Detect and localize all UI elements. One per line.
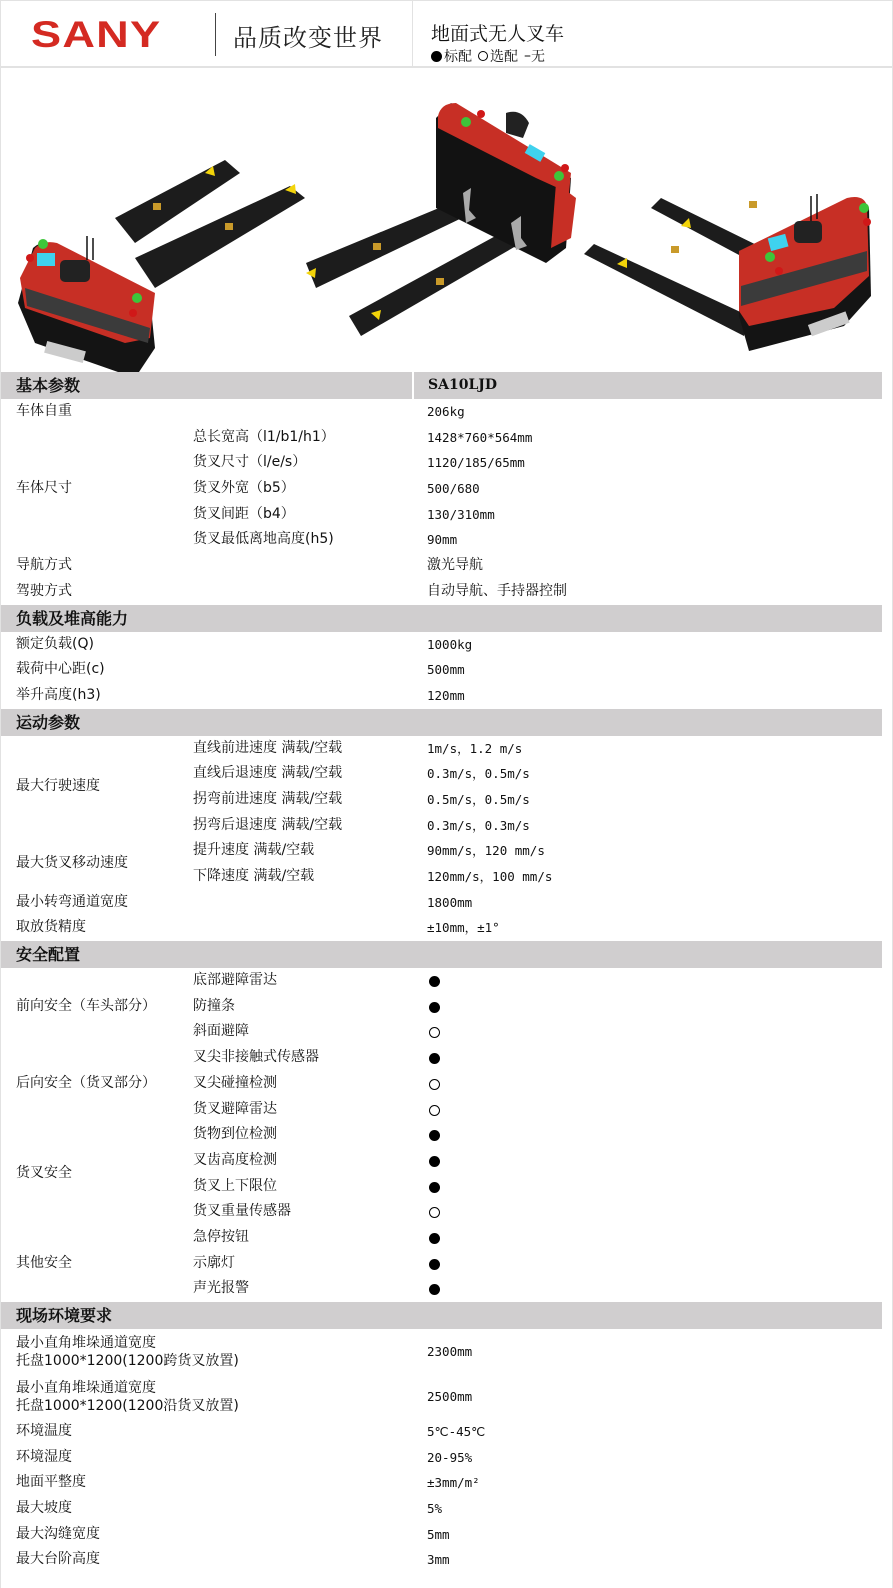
row-label: 举升高度(h3): [16, 683, 101, 709]
table-row: 直线后退速度 满载/空载0.3m/s，0.5m/s: [1, 761, 882, 787]
table-row: 导航方式 激光导航: [1, 553, 882, 579]
legend-standard: 标配: [431, 46, 472, 66]
table-row: 拐弯后退速度 满载/空载0.3m/s，0.3m/s: [1, 813, 882, 839]
row-value: 500/680: [427, 476, 480, 502]
row-value: [427, 1276, 440, 1302]
row-value: 120mm: [427, 683, 465, 709]
row-sublabel: 总长宽高（l1/b1/h1）: [193, 425, 335, 451]
row-value: 2300mm: [427, 1329, 472, 1374]
row-label: 最大坡度: [16, 1496, 72, 1522]
row-value: ±10mm，±1°: [427, 915, 500, 941]
row-value: [427, 968, 440, 994]
row-value: [427, 1019, 440, 1045]
table-row: 最小直角堆垛通道宽度托盘1000*1200(1200沿货叉放置) 2500mm: [1, 1374, 882, 1419]
table-row: 最大坡度5%: [1, 1496, 882, 1522]
table-row: 叉尖非接触式传感器: [1, 1045, 882, 1071]
empty-circle-icon: [429, 1207, 440, 1218]
table-row: 叉齿高度检测: [1, 1148, 882, 1174]
row-sublabel: 底部避障雷达: [193, 968, 277, 994]
table-row: 拐弯前进速度 满载/空载0.5m/s，0.5m/s: [1, 787, 882, 813]
table-row: 货叉重量传感器: [1, 1199, 882, 1225]
row-value: [427, 1199, 440, 1225]
filled-circle-icon: [431, 51, 442, 62]
forklift-rear-view: [301, 98, 581, 338]
row-value: [427, 1251, 440, 1277]
table-row: 货叉尺寸（l/e/s）1120/185/65mm: [1, 450, 882, 476]
row-group-body-dimensions: 车体尺寸 总长宽高（l1/b1/h1）1428*760*564mm 货叉尺寸（l…: [1, 425, 882, 553]
row-label: 最小直角堆垛通道宽度托盘1000*1200(1200沿货叉放置): [16, 1379, 239, 1415]
section-header-motion: 运动参数: [1, 709, 882, 736]
table-row: 货叉外宽（b5）500/680: [1, 476, 882, 502]
row-sublabel: 叉尖非接触式传感器: [193, 1045, 319, 1071]
table-row: 举升高度(h3)120mm: [1, 683, 882, 709]
empty-circle-icon: [429, 1027, 440, 1038]
row-value: 2500mm: [427, 1374, 472, 1419]
row-sublabel: 货叉重量传感器: [193, 1199, 291, 1225]
row-label: 驾驶方式: [16, 579, 72, 605]
table-row: 货物到位检测: [1, 1122, 882, 1148]
row-group-safety: 后向安全（货叉部分）叉尖非接触式传感器叉尖碰撞检测货叉避障雷达: [1, 1045, 882, 1122]
empty-circle-icon: [478, 51, 488, 61]
row-sublabel: 直线前进速度 满载/空载: [193, 736, 342, 762]
row-sublabel: 货叉间距（b4）: [193, 502, 295, 528]
row-value: [427, 1225, 440, 1251]
table-row: 环境温度5℃-45℃: [1, 1419, 882, 1445]
row-value: [427, 1148, 440, 1174]
legend: 标配 选配 –无: [431, 46, 545, 66]
row-value: 5mm: [427, 1522, 450, 1548]
column-divider: [412, 372, 414, 399]
row-value: 1120/185/65mm: [427, 450, 525, 476]
section-title: 现场环境要求: [16, 1306, 112, 1325]
table-row: 取放货精度±10mm，±1°: [1, 915, 882, 941]
section-title: 运动参数: [16, 713, 80, 732]
slogan: 品质改变世界: [233, 18, 383, 53]
filled-circle-icon: [429, 1182, 440, 1193]
model-name: SA10LJD: [428, 372, 497, 399]
row-sublabel: 货叉避障雷达: [193, 1097, 277, 1123]
filled-circle-icon: [429, 1156, 440, 1167]
row-label: 额定负载(Q): [16, 632, 94, 658]
forklift-front-right-view: [579, 136, 879, 356]
row-sublabel: 货物到位检测: [193, 1122, 277, 1148]
legend-standard-label: 标配: [444, 46, 472, 66]
product-title: 地面式无人叉车: [431, 19, 564, 46]
row-value: 1m/s，1.2 m/s: [427, 736, 522, 762]
row-label: 导航方式: [16, 553, 72, 579]
empty-circle-icon: [429, 1105, 440, 1116]
row-label: 最小直角堆垛通道宽度托盘1000*1200(1200跨货叉放置): [16, 1334, 239, 1370]
table-row: 载荷中心距(c)500mm: [1, 657, 882, 683]
legend-optional: 选配: [478, 46, 518, 66]
row-value: 激光导航: [427, 553, 483, 579]
row-label: 车体自重: [16, 399, 72, 425]
header-divider: [412, 1, 413, 67]
row-sublabel: 直线后退速度 满载/空载: [193, 761, 342, 787]
table-row: 货叉间距（b4）130/310mm: [1, 502, 882, 528]
filled-circle-icon: [429, 1053, 440, 1064]
legend-none-label: 无: [531, 46, 545, 66]
row-value: [427, 1045, 440, 1071]
table-row: 急停按钮: [1, 1225, 882, 1251]
table-row: 下降速度 满载/空载120mm/s，100 mm/s: [1, 864, 882, 890]
logo-divider: [215, 13, 216, 56]
table-row: 防撞条: [1, 994, 882, 1020]
table-row: 货叉避障雷达: [1, 1097, 882, 1123]
row-value: 0.5m/s，0.5m/s: [427, 787, 530, 813]
dash-icon: –: [524, 48, 531, 64]
section-header-safety: 安全配置: [1, 941, 882, 968]
row-sublabel: 货叉尺寸（l/e/s）: [193, 450, 306, 476]
legend-optional-label: 选配: [490, 46, 518, 66]
row-value: [427, 994, 440, 1020]
filled-circle-icon: [429, 1130, 440, 1141]
row-label: 地面平整度: [16, 1470, 86, 1496]
section-header-environment: 现场环境要求: [1, 1302, 882, 1329]
row-value: [427, 1071, 440, 1097]
header: SANY 品质改变世界 地面式无人叉车 标配 选配 –无: [1, 0, 893, 68]
filled-circle-icon: [429, 1002, 440, 1013]
row-sublabel: 急停按钮: [193, 1225, 249, 1251]
table-row: 最大台阶高度3mm: [1, 1547, 882, 1573]
row-value: 130/310mm: [427, 502, 495, 528]
row-sublabel: 叉尖碰撞检测: [193, 1071, 277, 1097]
empty-circle-icon: [429, 1079, 440, 1090]
row-group-max-speed: 最大行驶速度 直线前进速度 满载/空载1m/s，1.2 m/s 直线后退速度 满…: [1, 736, 882, 839]
row-sublabel: 提升速度 满载/空载: [193, 838, 314, 864]
row-value: [427, 1097, 440, 1123]
table-row: 车体自重 206kg: [1, 399, 882, 425]
row-value: 120mm/s，100 mm/s: [427, 864, 552, 890]
table-row: 叉尖碰撞检测: [1, 1071, 882, 1097]
table-row: 货叉上下限位: [1, 1174, 882, 1200]
row-sublabel: 货叉最低离地高度(h5): [193, 527, 334, 553]
row-sublabel: 货叉外宽（b5）: [193, 476, 295, 502]
table-row: 提升速度 满载/空载90mm/s，120 mm/s: [1, 838, 882, 864]
filled-circle-icon: [429, 1259, 440, 1270]
section-title: 基本参数: [16, 376, 80, 395]
row-sublabel: 货叉上下限位: [193, 1174, 277, 1200]
table-row: 环境湿度20-95%: [1, 1445, 882, 1471]
row-value: 90mm: [427, 527, 457, 553]
safety-groups: 前向安全（车头部分）底部避障雷达防撞条斜面避障后向安全（货叉部分）叉尖非接触式传…: [1, 968, 882, 1302]
section-title: 负载及堆高能力: [16, 609, 128, 628]
row-value: 0.3m/s，0.3m/s: [427, 813, 530, 839]
table-row: 货叉最低离地高度(h5)90mm: [1, 527, 882, 553]
row-label-line1: 最小直角堆垛通道宽度: [16, 1334, 239, 1352]
row-label-line2: 托盘1000*1200(1200跨货叉放置): [16, 1352, 239, 1370]
filled-circle-icon: [429, 1233, 440, 1244]
row-sublabel: 防撞条: [193, 994, 235, 1020]
table-row: 最小转弯通道宽度1800mm: [1, 890, 882, 916]
row-value: 500mm: [427, 657, 465, 683]
spec-sheet: SANY 品质改变世界 地面式无人叉车 标配 选配 –无: [0, 0, 893, 1588]
row-value: 自动导航、手持器控制: [427, 579, 567, 605]
legend-none: –无: [524, 46, 545, 66]
row-sublabel: 下降速度 满载/空载: [193, 864, 314, 890]
product-images: [1, 68, 893, 371]
table-row: 最小直角堆垛通道宽度托盘1000*1200(1200跨货叉放置) 2300mm: [1, 1329, 882, 1374]
row-sublabel: 拐弯后退速度 满载/空载: [193, 813, 342, 839]
row-value: [427, 1122, 440, 1148]
row-label: 载荷中心距(c): [16, 657, 105, 683]
section-title: 安全配置: [16, 945, 80, 964]
table-row: 声光报警: [1, 1276, 882, 1302]
row-label: 环境温度: [16, 1419, 72, 1445]
row-value: 5%: [427, 1496, 442, 1522]
row-label: 最小转弯通道宽度: [16, 890, 128, 916]
row-group-safety: 前向安全（车头部分）底部避障雷达防撞条斜面避障: [1, 968, 882, 1045]
row-label: 环境湿度: [16, 1445, 72, 1471]
row-value: 90mm/s，120 mm/s: [427, 838, 545, 864]
row-label: 取放货精度: [16, 915, 86, 941]
table-row: 最大沟缝宽度5mm: [1, 1522, 882, 1548]
row-value: 3mm: [427, 1547, 450, 1573]
table-row: 地面平整度±3mm/m²: [1, 1470, 882, 1496]
row-label: 最大沟缝宽度: [16, 1522, 100, 1548]
row-label: 最大台阶高度: [16, 1547, 100, 1573]
table-row: 额定负载(Q)1000kg: [1, 632, 882, 658]
row-sublabel: 拐弯前进速度 满载/空载: [193, 787, 342, 813]
row-label-line1: 最小直角堆垛通道宽度: [16, 1379, 239, 1397]
row-value: [427, 1174, 440, 1200]
section-header-load: 负载及堆高能力: [1, 605, 882, 632]
forklift-front-left-view: [15, 148, 305, 388]
table-row: 直线前进速度 满载/空载1m/s，1.2 m/s: [1, 736, 882, 762]
row-value: 206kg: [427, 399, 465, 425]
row-group-safety: 货叉安全货物到位检测叉齿高度检测货叉上下限位货叉重量传感器: [1, 1122, 882, 1225]
filled-circle-icon: [429, 976, 440, 987]
row-value: 5℃-45℃: [427, 1419, 485, 1445]
sany-logo: SANY: [31, 16, 161, 54]
row-sublabel: 示廓灯: [193, 1251, 235, 1277]
filled-circle-icon: [429, 1284, 440, 1295]
table-row: 示廓灯: [1, 1251, 882, 1277]
row-group-safety: 其他安全急停按钮示廓灯声光报警: [1, 1225, 882, 1302]
table-row: 总长宽高（l1/b1/h1）1428*760*564mm: [1, 425, 882, 451]
table-row: 斜面避障: [1, 1019, 882, 1045]
row-value: ±3mm/m²: [427, 1470, 480, 1496]
row-value: 1428*760*564mm: [427, 425, 532, 451]
row-sublabel: 叉齿高度检测: [193, 1148, 277, 1174]
spec-table: 基本参数 SA10LJD 车体自重 206kg 车体尺寸 总长宽高（l1/b1/…: [1, 372, 882, 1573]
table-row: 驾驶方式 自动导航、手持器控制: [1, 579, 882, 605]
row-value: 1800mm: [427, 890, 472, 916]
row-value: 0.3m/s，0.5m/s: [427, 761, 530, 787]
row-label-line2: 托盘1000*1200(1200沿货叉放置): [16, 1397, 239, 1415]
row-value: 1000kg: [427, 632, 472, 658]
row-value: 20-95%: [427, 1445, 472, 1471]
row-sublabel: 斜面避障: [193, 1019, 249, 1045]
row-group-fork-speed: 最大货叉移动速度 提升速度 满载/空载90mm/s，120 mm/s 下降速度 …: [1, 838, 882, 889]
section-header-basic: 基本参数 SA10LJD: [1, 372, 882, 399]
row-sublabel: 声光报警: [193, 1276, 249, 1302]
table-row: 底部避障雷达: [1, 968, 882, 994]
